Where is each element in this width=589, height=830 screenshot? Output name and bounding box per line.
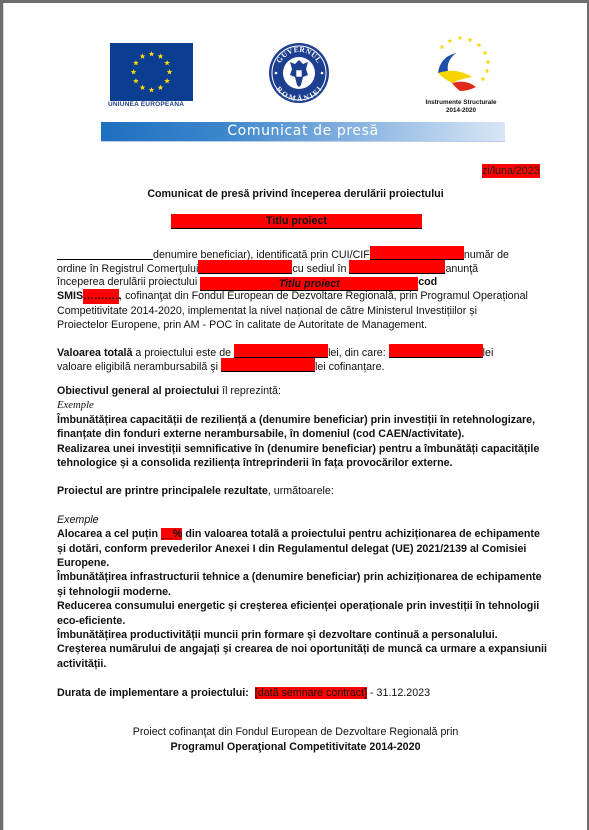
intro-text: , cofinanţat din Fondul European de Dezv…	[119, 290, 528, 302]
intro-text: ordine în Registrul Comerţului	[57, 263, 198, 275]
intro-line-1: denumire beneficiar), identificată prin …	[57, 246, 557, 260]
total-value-field	[234, 344, 328, 358]
instrumente-structurale-logo: Instrumente Structurale 2014-2020	[416, 33, 506, 118]
date-field: zi/luna/2023	[482, 164, 540, 178]
percentage-field: __%	[161, 528, 182, 540]
results-line: Îmbunătățirea productivității muncii pri…	[57, 628, 557, 642]
eu-logo: UNIUNEA EUROPEANĂ	[108, 43, 196, 111]
end-date-text: - 31.12.2023	[367, 687, 430, 699]
press-release-banner: Comunicat de presă	[101, 122, 505, 142]
document-page: UNIUNEA EUROPEANĂ GUVERNUL ROMÂN	[3, 3, 587, 830]
duration-label: Durata de implementare a proiectului:	[57, 687, 249, 699]
objective-label: Obiectivul general al proiectului	[57, 385, 219, 397]
intro-line-6: Proiectelor Europene, prin AM - POC în c…	[57, 318, 557, 332]
intro-line-5: Competitivitate 2014-2020, implementat l…	[57, 304, 557, 318]
intro-text: anunţă	[445, 263, 478, 275]
intro-text: denumire beneficiar), identificată prin …	[153, 249, 370, 261]
logo-header: UNIUNEA EUROPEANĂ GUVERNUL ROMÂN	[4, 3, 587, 123]
results-item-1: Alocarea a cel puțin __% din valoarea to…	[57, 527, 557, 541]
value-text: a proiectului este de	[132, 347, 231, 359]
results-section: Proiectul are printre principalele rezul…	[57, 484, 557, 671]
project-title-field: Titlu proiect	[171, 214, 422, 229]
banner-title: Comunicat de presă	[101, 122, 505, 141]
value-paragraph: Valoarea totală a proiectului este de le…	[57, 344, 557, 373]
duration-line: Durata de implementare a proiectului: [d…	[57, 686, 557, 700]
intro-text: cu sediul în	[292, 263, 346, 275]
objective-item: tehnologice și a consolida reziliența în…	[57, 456, 557, 470]
intro-line-3: începerea derulării proiectului Titlu pr…	[57, 275, 557, 289]
objective-section: Obiectivul general al proiectului îl rep…	[57, 384, 557, 470]
intro-text: număr de	[464, 249, 509, 261]
start-date-field: [dată semnare contract]	[255, 687, 367, 699]
value-line-2: valoare eligibilă nerambursabilă şi lei …	[57, 358, 557, 372]
intro-text: începerea derulării proiectului	[57, 276, 197, 288]
spacer	[57, 498, 557, 512]
value-text: valoare eligibilă nerambursabilă şi	[57, 361, 218, 373]
project-title-inline-text: Titlu proiect	[279, 278, 340, 290]
results-label: Proiectul are printre principalele rezul…	[57, 485, 268, 497]
results-line: și tehnologii moderne.	[57, 585, 557, 599]
registry-number-field	[198, 260, 292, 274]
document-title: Comunicat de presă privind începerea der…	[4, 187, 587, 201]
intro-line-2: ordine în Registrul Comerţuluicu sediul …	[57, 260, 557, 274]
results-line: activității.	[57, 657, 557, 671]
cofinancing-value-field	[221, 358, 315, 372]
footer: Proiect cofinanţat din Fondul European d…	[4, 725, 587, 754]
value-text: lei, din care:	[328, 347, 386, 359]
objective-label-rest: îl reprezintă:	[219, 385, 281, 397]
results-examples-label: Exemple	[57, 513, 557, 527]
is-label-line2: 2014-2020	[416, 107, 506, 115]
value-text: lei cofinanțare.	[315, 361, 385, 373]
eligible-value-field	[389, 344, 483, 358]
structural-instruments-icon	[416, 33, 506, 97]
results-text: Alocarea a cel puțin	[57, 528, 161, 540]
results-line: Îmbunătățirea infrastructurii tehnice a …	[57, 570, 557, 584]
results-text: din valoarea totală a proiectului pentru…	[182, 528, 540, 540]
results-heading: Proiectul are printre principalele rezul…	[57, 484, 557, 498]
results-line: eco-eficiente.	[57, 614, 557, 628]
is-label-line1: Instrumente Structurale	[416, 99, 506, 107]
instrumente-structurale-label: Instrumente Structurale 2014-2020	[416, 99, 506, 115]
address-field	[349, 260, 445, 274]
eu-flag-icon	[110, 43, 193, 101]
government-seal-icon: GUVERNUL ROMÂNIEI	[268, 42, 330, 104]
value-label: Valoarea totală	[57, 347, 132, 359]
results-label-rest: , următoarele:	[268, 485, 334, 497]
objective-item: Îmbunătățirea capacității de reziliență …	[57, 413, 557, 427]
objective-heading: Obiectivul general al proiectului îl rep…	[57, 384, 557, 398]
results-line: Reducerea consumului energetic și crește…	[57, 599, 557, 613]
objective-item: Realizarea unei investiții semnificative…	[57, 442, 557, 456]
footer-line-1: Proiect cofinanţat din Fondul European d…	[4, 725, 587, 740]
objective-item: finanțate din fonduri externe nerambursa…	[57, 427, 557, 441]
smis-label: SMIS	[57, 290, 83, 302]
smis-code-field: ………..	[83, 289, 119, 303]
intro-line-4: SMIS……….., cofinanţat din Fondul Europea…	[57, 289, 557, 303]
results-line: și dotări, conform prevederilor Anexei I…	[57, 542, 557, 556]
value-line-1: Valoarea totală a proiectului este de le…	[57, 344, 557, 358]
footer-line-2: Programul Operaţional Competitivitate 20…	[4, 740, 587, 755]
value-text: lei	[483, 347, 494, 359]
romanian-government-logo: GUVERNUL ROMÂNIEI	[268, 42, 330, 104]
intro-paragraph: denumire beneficiar), identificată prin …	[57, 246, 557, 332]
results-line: Creșterea numărului de angajați și crear…	[57, 642, 557, 656]
objective-examples-label: Exemple	[57, 398, 557, 412]
cui-field	[370, 246, 464, 260]
eu-label: UNIUNEA EUROPEANĂ	[108, 101, 198, 108]
results-line: Europene.	[57, 556, 557, 570]
beneficiary-blank	[57, 246, 153, 260]
intro-text: cod	[418, 276, 437, 288]
duration-section: Durata de implementare a proiectului: [d…	[57, 686, 557, 700]
